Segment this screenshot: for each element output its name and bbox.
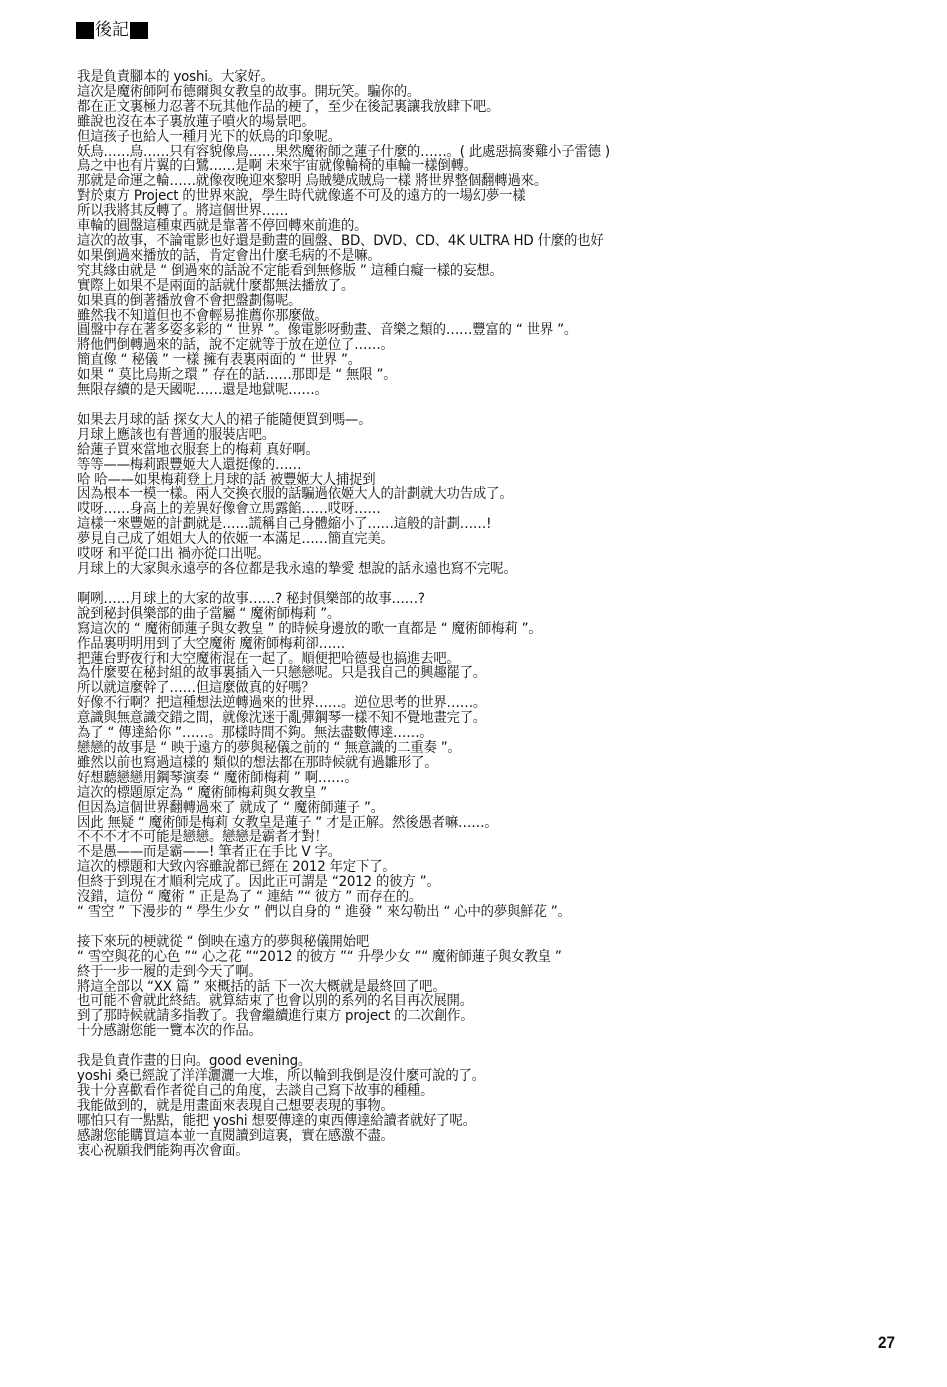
text-line: “ 雪空與花的心色 ”“ 心之花 ”“2012 的彼方 ”“ 升學少女 ”“ 魔… xyxy=(77,950,802,965)
text-line: 簡直像 “ 秘儀 ” 一樣 擁有表裏兩面的 “ 世界 ”。 xyxy=(77,353,802,368)
text-line: 接下來玩的梗就從 “ 倒映在遠方的夢與秘儀開始吧 xyxy=(77,935,802,950)
text-line: 所以我將其反轉了。將這個世界…… xyxy=(77,204,802,219)
heading-title: 後記 xyxy=(94,20,130,40)
text-line: 好想聽戀戀用鋼琴演奏 “ 魔術師梅莉 ” 啊……。 xyxy=(77,771,802,786)
text-line: 將他們倒轉過來的話，說不定就等于放在逆位了……。 xyxy=(77,338,802,353)
text-line: 實際上如果不是兩面的話就什麼都無法播放了。 xyxy=(77,279,802,294)
black-square-icon xyxy=(130,22,148,39)
text-line: 這次的標題和大致內容雖說都已經在 2012 年定下了。 xyxy=(77,860,802,875)
text-line: 寫這次的 “ 魔術師蓮子與女教皇 ” 的時候身邊放的歌一直都是 “ 魔術師梅莉 … xyxy=(77,622,802,637)
text-line: 我是負責作畫的日向。good evening。 xyxy=(77,1054,802,1069)
text-line: 如果真的倒著播放會不會把盤劃傷呢。 xyxy=(77,294,802,309)
text-line: 哈 哈——如果梅莉登上月球的話 被豐姬大人捕捉到 xyxy=(77,473,802,488)
text-line: 也可能不會就此終結。就算結束了也會以別的系列的名目再次展開。 xyxy=(77,994,802,1009)
paragraph: 我是負責腳本的 yoshi。大家好。這次是魔術師阿布德爾與女教皇的故事。開玩笑。… xyxy=(77,70,857,398)
text-line: 車輪的圓盤這種東西就是靠著不停回轉來前進的。 xyxy=(77,219,802,234)
text-line: 作品裏明明用到了大空魔術 魔術師梅莉卻…… xyxy=(77,637,802,652)
text-line: 到了那時候就請多指教了。我會繼續進行東方 project 的二次創作。 xyxy=(77,1009,802,1024)
text-line: 沒錯，這份 “ 魔術 ” 正是為了 “ 連結 ”“ 彼方 ” 而存在的。 xyxy=(77,890,802,905)
text-line: 但因為這個世界翻轉過來了 就成了 “ 魔術師蓮子 ”。 xyxy=(77,801,802,816)
text-line: 月球上的大家與永遠亭的各位都是我永遠的摯愛 想說的話永遠也寫不完呢。 xyxy=(77,562,802,577)
text-line: yoshi 桑已經說了洋洋灑灑一大堆，所以輪到我倒是沒什麼可說的了。 xyxy=(77,1069,802,1084)
text-line: 所以就這麼幹了……但這麼做真的好嗎？ xyxy=(77,681,802,696)
text-line: 十分感謝您能一覽本次的作品。 xyxy=(77,1024,802,1039)
paragraph: 接下來玩的梗就從 “ 倒映在遠方的夢與秘儀開始吧“ 雪空與花的心色 ”“ 心之花… xyxy=(77,935,857,1039)
text-line: 如果倒過來播放的話，肯定會出什麼毛病的不是嘛。 xyxy=(77,249,802,264)
text-line: 意識與無意識交錯之間，就像沈迷于亂彈鋼琴一樣不知不覺地畫完了。 xyxy=(77,711,802,726)
text-line: 因此 無疑 “ 魔術師是梅莉 女教皇是蓮子 ” 才是正解。然後愚者嘛……。 xyxy=(77,816,802,831)
text-line: 對於東方 Project 的世界來說，學生時代就像遙不可及的遠方的一場幻夢一樣 xyxy=(77,189,802,204)
text-line: 不不不才不可能是戀戀。戀戀是霸者才對！ xyxy=(77,830,802,845)
text-line: 如果去月球的話 探女大人的裙子能隨便買到嗎—。 xyxy=(77,413,802,428)
afterword-body: 我是負責腳本的 yoshi。大家好。這次是魔術師阿布德爾與女教皇的故事。開玩笑。… xyxy=(77,70,857,1174)
text-line: 無限存續的是天國呢……還是地獄呢……。 xyxy=(77,383,802,398)
text-line: 將這全部以 “XX 篇 ” 來概括的話 下一次大概就是最終回了吧。 xyxy=(77,980,802,995)
text-line: 我十分喜歡看作者從自己的角度，去談自己寫下故事的種種。 xyxy=(77,1084,802,1099)
text-line: 啊咧……月球上的大家的故事……? 秘封俱樂部的故事……? xyxy=(77,592,802,607)
text-line: 圓盤中存在著多姿多彩的 “ 世界 ”。像電影呀動畫、音樂之類的……豐富的 “ 世… xyxy=(77,323,802,338)
text-line: 為了 “ 傳達給你 ”……。那樣時間不夠。無法盡數傳達……。 xyxy=(77,726,802,741)
text-line: 夢見自己成了姐姐大人的依姬一本滿足……簡直完美。 xyxy=(77,532,802,547)
text-line: 哎呀 和平從口出 禍亦從口出呢。 xyxy=(77,547,802,562)
text-line: 但這孩子也給人一種月光下的妖鳥的印象呢。 xyxy=(77,130,802,145)
text-line: 但終于到現在才順利完成了。因此正可謂是 “2012 的彼方 ”。 xyxy=(77,875,802,890)
text-line: 妖鳥……鳥……只有容貌像鳥……果然魔術師之蓮子什麼的……。( 此處惡搞麥雞小子雷… xyxy=(77,145,802,160)
text-line: 雖說也沒在本子裏放蓮子噴火的場景吧。 xyxy=(77,115,802,130)
text-line: 感謝您能購買這本並一直閱讀到這裏，實在感激不盡。 xyxy=(77,1129,802,1144)
text-line: 給蓮子買來當地衣服套上的梅莉 真好啊。 xyxy=(77,443,802,458)
text-line: 雖然我不知道但也不會輕易推薦你那麼做。 xyxy=(77,309,802,324)
text-line: 為什麼要在秘封組的故事裏插入一只戀戀呢。只是我自己的興趣罷了。 xyxy=(77,666,802,681)
text-line: 雖然以前也寫過這樣的 類似的想法都在那時候就有過雛形了。 xyxy=(77,756,802,771)
text-line: 哎呀……身高上的差異好像會立馬露餡……哎呀…… xyxy=(77,502,802,517)
text-line: 這次的故事，不論電影也好還是動畫的圓盤、BD、DVD、CD、4K ULTRA H… xyxy=(77,234,802,249)
text-line: 鳥之中也有片翼的白鷺……是啊 未來宇宙就像輪椅的車輪一樣倒轉。 xyxy=(77,159,802,174)
paragraph: 我是負責作畫的日向。good evening。yoshi 桑已經說了洋洋灑灑一大… xyxy=(77,1054,857,1158)
text-line: 如果 “ 莫比烏斯之環 ” 存在的話……那即是 “ 無限 ”。 xyxy=(77,368,802,383)
text-line: 我是負責腳本的 yoshi。大家好。 xyxy=(77,70,802,85)
black-square-icon xyxy=(76,22,94,39)
text-line: 究其緣由就是 “ 倒過來的話說不定能看到無修版 ” 這種白癡一樣的妄想。 xyxy=(77,264,802,279)
text-line: 月球上應該也有普通的服裝店吧。 xyxy=(77,428,802,443)
text-line: 因為根本一模一樣。兩人交換衣服的話騙過依姬大人的計劃就大功告成了。 xyxy=(77,487,802,502)
text-line: 把蓮台野夜行和大空魔術混在一起了。順便把哈德曼也搞進去吧。 xyxy=(77,652,802,667)
afterword-heading: 後記 xyxy=(76,20,148,40)
paragraph: 如果去月球的話 探女大人的裙子能隨便買到嗎—。月球上應該也有普通的服裝店吧。給蓮… xyxy=(77,413,857,577)
text-line: 這次的標題原定為 “ 魔術師梅莉與女教皇 ” xyxy=(77,786,802,801)
text-line: 說到秘封俱樂部的曲子當屬 “ 魔術師梅莉 ”。 xyxy=(77,607,802,622)
text-line: 衷心祝願我們能夠再次會面。 xyxy=(77,1144,802,1159)
text-line: 我能做到的，就是用畫面來表現自己想要表現的事物。 xyxy=(77,1099,802,1114)
text-line: “ 雪空 ” 下漫步的 “ 學生少女 ” 們以自身的 “ 進發 ” 來勾勒出 “… xyxy=(77,905,802,920)
text-line: 終于一步一履的走到今天了啊。 xyxy=(77,965,802,980)
text-line: 那就是命運之輪……就像夜晚迎來黎明 烏賊變成賊烏一樣 將世界整個翻轉過來。 xyxy=(77,174,802,189)
text-line: 哪怕只有一點點，能把 yoshi 想要傳達的東西傳達給讀者就好了呢。 xyxy=(77,1114,802,1129)
text-line: 這次是魔術師阿布德爾與女教皇的故事。開玩笑。騙你的。 xyxy=(77,85,802,100)
text-line: 這樣一來豐姬的計劃就是……謊稱自己身體縮小了……這般的計劃……! xyxy=(77,517,802,532)
text-line: 戀戀的故事是 “ 映于遠方的夢與秘儀之前的 “ 無意識的二重奏 ”。 xyxy=(77,741,802,756)
paragraph: 啊咧……月球上的大家的故事……? 秘封俱樂部的故事……?說到秘封俱樂部的曲子當屬… xyxy=(77,592,857,920)
text-line: 不是愚——而是霸——! 筆者正在手比 V 字。 xyxy=(77,845,802,860)
text-line: 好像不行啊？把這種想法逆轉過來的世界……。逆位思考的世界……。 xyxy=(77,696,802,711)
page-number: 27 xyxy=(878,1333,895,1353)
text-line: 等等——梅莉跟豐姬大人還挺像的…… xyxy=(77,458,802,473)
text-line: 都在正文裏極力忍著不玩其他作品的梗了，至少在後記裏讓我放肆下吧。 xyxy=(77,100,802,115)
